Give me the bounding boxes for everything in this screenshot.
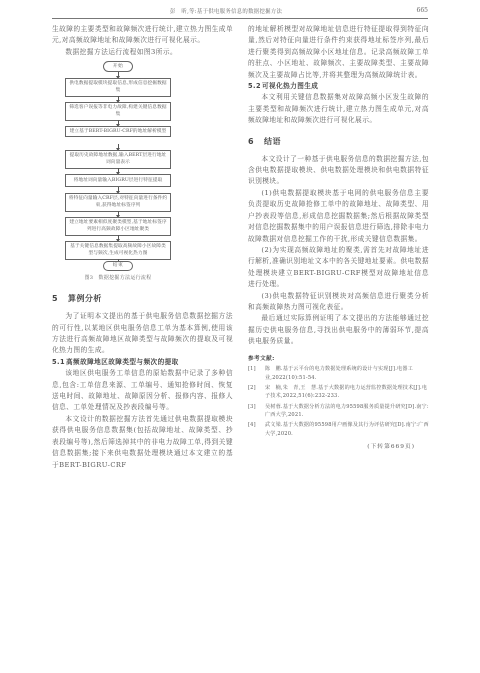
section-5-2-heading: 5.2可视化热力图生成: [248, 81, 429, 92]
section-6-heading: 6结语: [248, 136, 429, 148]
continued-on-page-note: (下转第669页): [248, 442, 429, 453]
flow-arrow: [118, 168, 119, 173]
running-header: 彭 昕,等:基于供电服务信息的数据挖掘方法 665: [52, 7, 428, 19]
flow-step-3: 建立基于BERT-BIGRU-CRF的地址解析模型: [65, 126, 171, 137]
intro-paragraph: 生故障的主要类型和故障频次进行统计,建立热力图生成单元,对高频故障地址和故障频次…: [52, 24, 233, 47]
flow-step-7: 建立地址要素相似度聚类模型,基于地址标签序列进行高频故障小区地址聚类: [65, 217, 171, 235]
flow-step-1: 供电数据提取模块提取信息,形成信息挖掘数据集: [65, 78, 171, 96]
reference-number: [4]: [248, 421, 265, 438]
reference-text: 吴树蓉.基于大数据分析方法的电力95598服务质量提升研究[D].南宁:广西大学…: [265, 403, 429, 420]
flow-start-node: 开始: [103, 61, 133, 72]
section-5-1-heading: 5.1高频故障地区故障类型与频次的提取: [52, 357, 233, 368]
figure-3-flowchart: 开始 供电数据提取模块提取信息,形成信息挖掘数据集 筛选客户误报等非电力故障,构…: [52, 61, 233, 283]
references-heading: 参考文献:: [248, 354, 429, 364]
reference-text: 宋 楠,朱 青,王 慧.基于大数据的电力运营监控数据处理技术[J].电子技术,2…: [265, 384, 429, 401]
page-number: 665: [417, 7, 428, 14]
flow-arrow: [118, 72, 119, 77]
reference-text: 武文梁.基于大数据的95598用户画像及其行为评估研究[D].南宁:广西大学,2…: [265, 421, 429, 438]
section-5-heading: 5算例分析: [52, 293, 233, 305]
running-title: 彭 昕,等:基于供电服务信息的数据挖掘方法: [170, 7, 282, 15]
flow-arrow: [118, 235, 119, 240]
section-5-1-paragraph-2: 本文设计的数据挖掘方法首先通过供电数据提取模块获得供电服务信息数据集(包括故障地…: [52, 414, 233, 471]
flow-intro-paragraph: 数据挖掘方法运行流程如图3所示。: [52, 47, 233, 58]
section-number: 5.2: [248, 81, 262, 92]
section-title: 算例分析: [68, 294, 102, 303]
conclusion-paragraph-3: (2)为实现高频故障地址的聚类,需首先对故障地址进行解析,准确识别地址文本中的各…: [248, 245, 429, 291]
reference-number: [1]: [248, 365, 265, 382]
flow-step-5: 将地址词向量输入BIGRU层进行特征提取: [65, 174, 171, 187]
flow-arrow: [118, 120, 119, 125]
flow-step-8: 基于关键信息数据集提取高频故障小区故障类型与频次,生成可视化热力图: [65, 241, 171, 259]
flow-arrow: [118, 144, 119, 149]
reference-item: [3] 吴树蓉.基于大数据分析方法的电力95598服务质量提升研究[D].南宁:…: [248, 403, 429, 420]
right-column: 的地址解析模型对故障地址信息进行特征提取得到特征向量,然后对特征向量进行条件约束…: [248, 24, 429, 453]
continued-paragraph: 的地址解析模型对故障地址信息进行特征提取得到特征向量,然后对特征向量进行条件约束…: [248, 24, 429, 81]
reference-number: [3]: [248, 403, 265, 420]
section-5-paragraph: 为了证明本文提出的基于供电服务信息数据挖掘方法的可行性,以某地区供电服务信息工单…: [52, 311, 233, 357]
conclusion-paragraph-4: (3)供电数据特征识别模块对高频信息进行聚类分析和高频故障热力图可视化表征。: [248, 291, 429, 314]
section-number: 6: [248, 136, 264, 148]
conclusion-paragraph-1: 本文设计了一种基于供电服务信息的数据挖掘方法,包含供电数据提取模块、供电数据处理…: [248, 154, 429, 188]
reference-item: [4] 武文梁.基于大数据的95598用户画像及其行为评估研究[D].南宁:广西…: [248, 421, 429, 438]
section-title: 高频故障地区故障类型与频次的提取: [66, 358, 179, 366]
section-5-2-paragraph: 本文利用关键信息数据集对故障高频小区发生故障的主要类型和故障频次进行统计,建立热…: [248, 92, 429, 126]
section-title: 结语: [264, 137, 281, 146]
conclusion-paragraph-5: 最后通过实际算例证明了本文提出的方法能够通过挖掘历史供电服务信息,寻找出供电服务…: [248, 313, 429, 347]
reference-item: [1] 陈 鹏.基于云平台的电力数据处理系统的设计与实现[J].电器工业,202…: [248, 365, 429, 382]
reference-item: [2] 宋 楠,朱 青,王 慧.基于大数据的电力运营监控数据处理技术[J].电子…: [248, 384, 429, 401]
flow-arrow: [118, 211, 119, 216]
reference-text: 陈 鹏.基于云平台的电力数据处理系统的设计与实现[J].电器工业,2022(10…: [265, 365, 429, 382]
left-column: 生故障的主要类型和故障频次进行统计,建立热力图生成单元,对高频故障地址和故障频次…: [52, 24, 233, 471]
figure-caption: 图3 数据挖掘方法运行流程: [52, 273, 184, 284]
flow-arrow: [118, 187, 119, 192]
section-number: 5: [52, 293, 68, 305]
section-5-1-paragraph-1: 该地区供电服务工单信息的原始数据中记录了多种信息,包含:工单信息来源、工单编号、…: [52, 368, 233, 414]
flow-step-6: 将特征向量输入CRF层,对特征向量进行条件约束,获得地址标签序列: [65, 193, 171, 211]
section-title: 可视化热力图生成: [262, 82, 318, 90]
flow-step-2: 筛选客户误报等非电力故障,构建关键信息数据集: [65, 102, 171, 120]
flow-arrow: [118, 96, 119, 101]
section-number: 5.1: [52, 357, 66, 368]
reference-number: [2]: [248, 384, 265, 401]
flow-step-4: 提取历史故障地址数据,输入BERT层进行地址词向量表示: [65, 150, 171, 168]
conclusion-paragraph-2: (1)供电数据提取模块基于电网的供电服务信息主要负责提取历史故障抢修工单中的故障…: [248, 188, 429, 245]
flow-end-node: 结束: [103, 261, 133, 271]
